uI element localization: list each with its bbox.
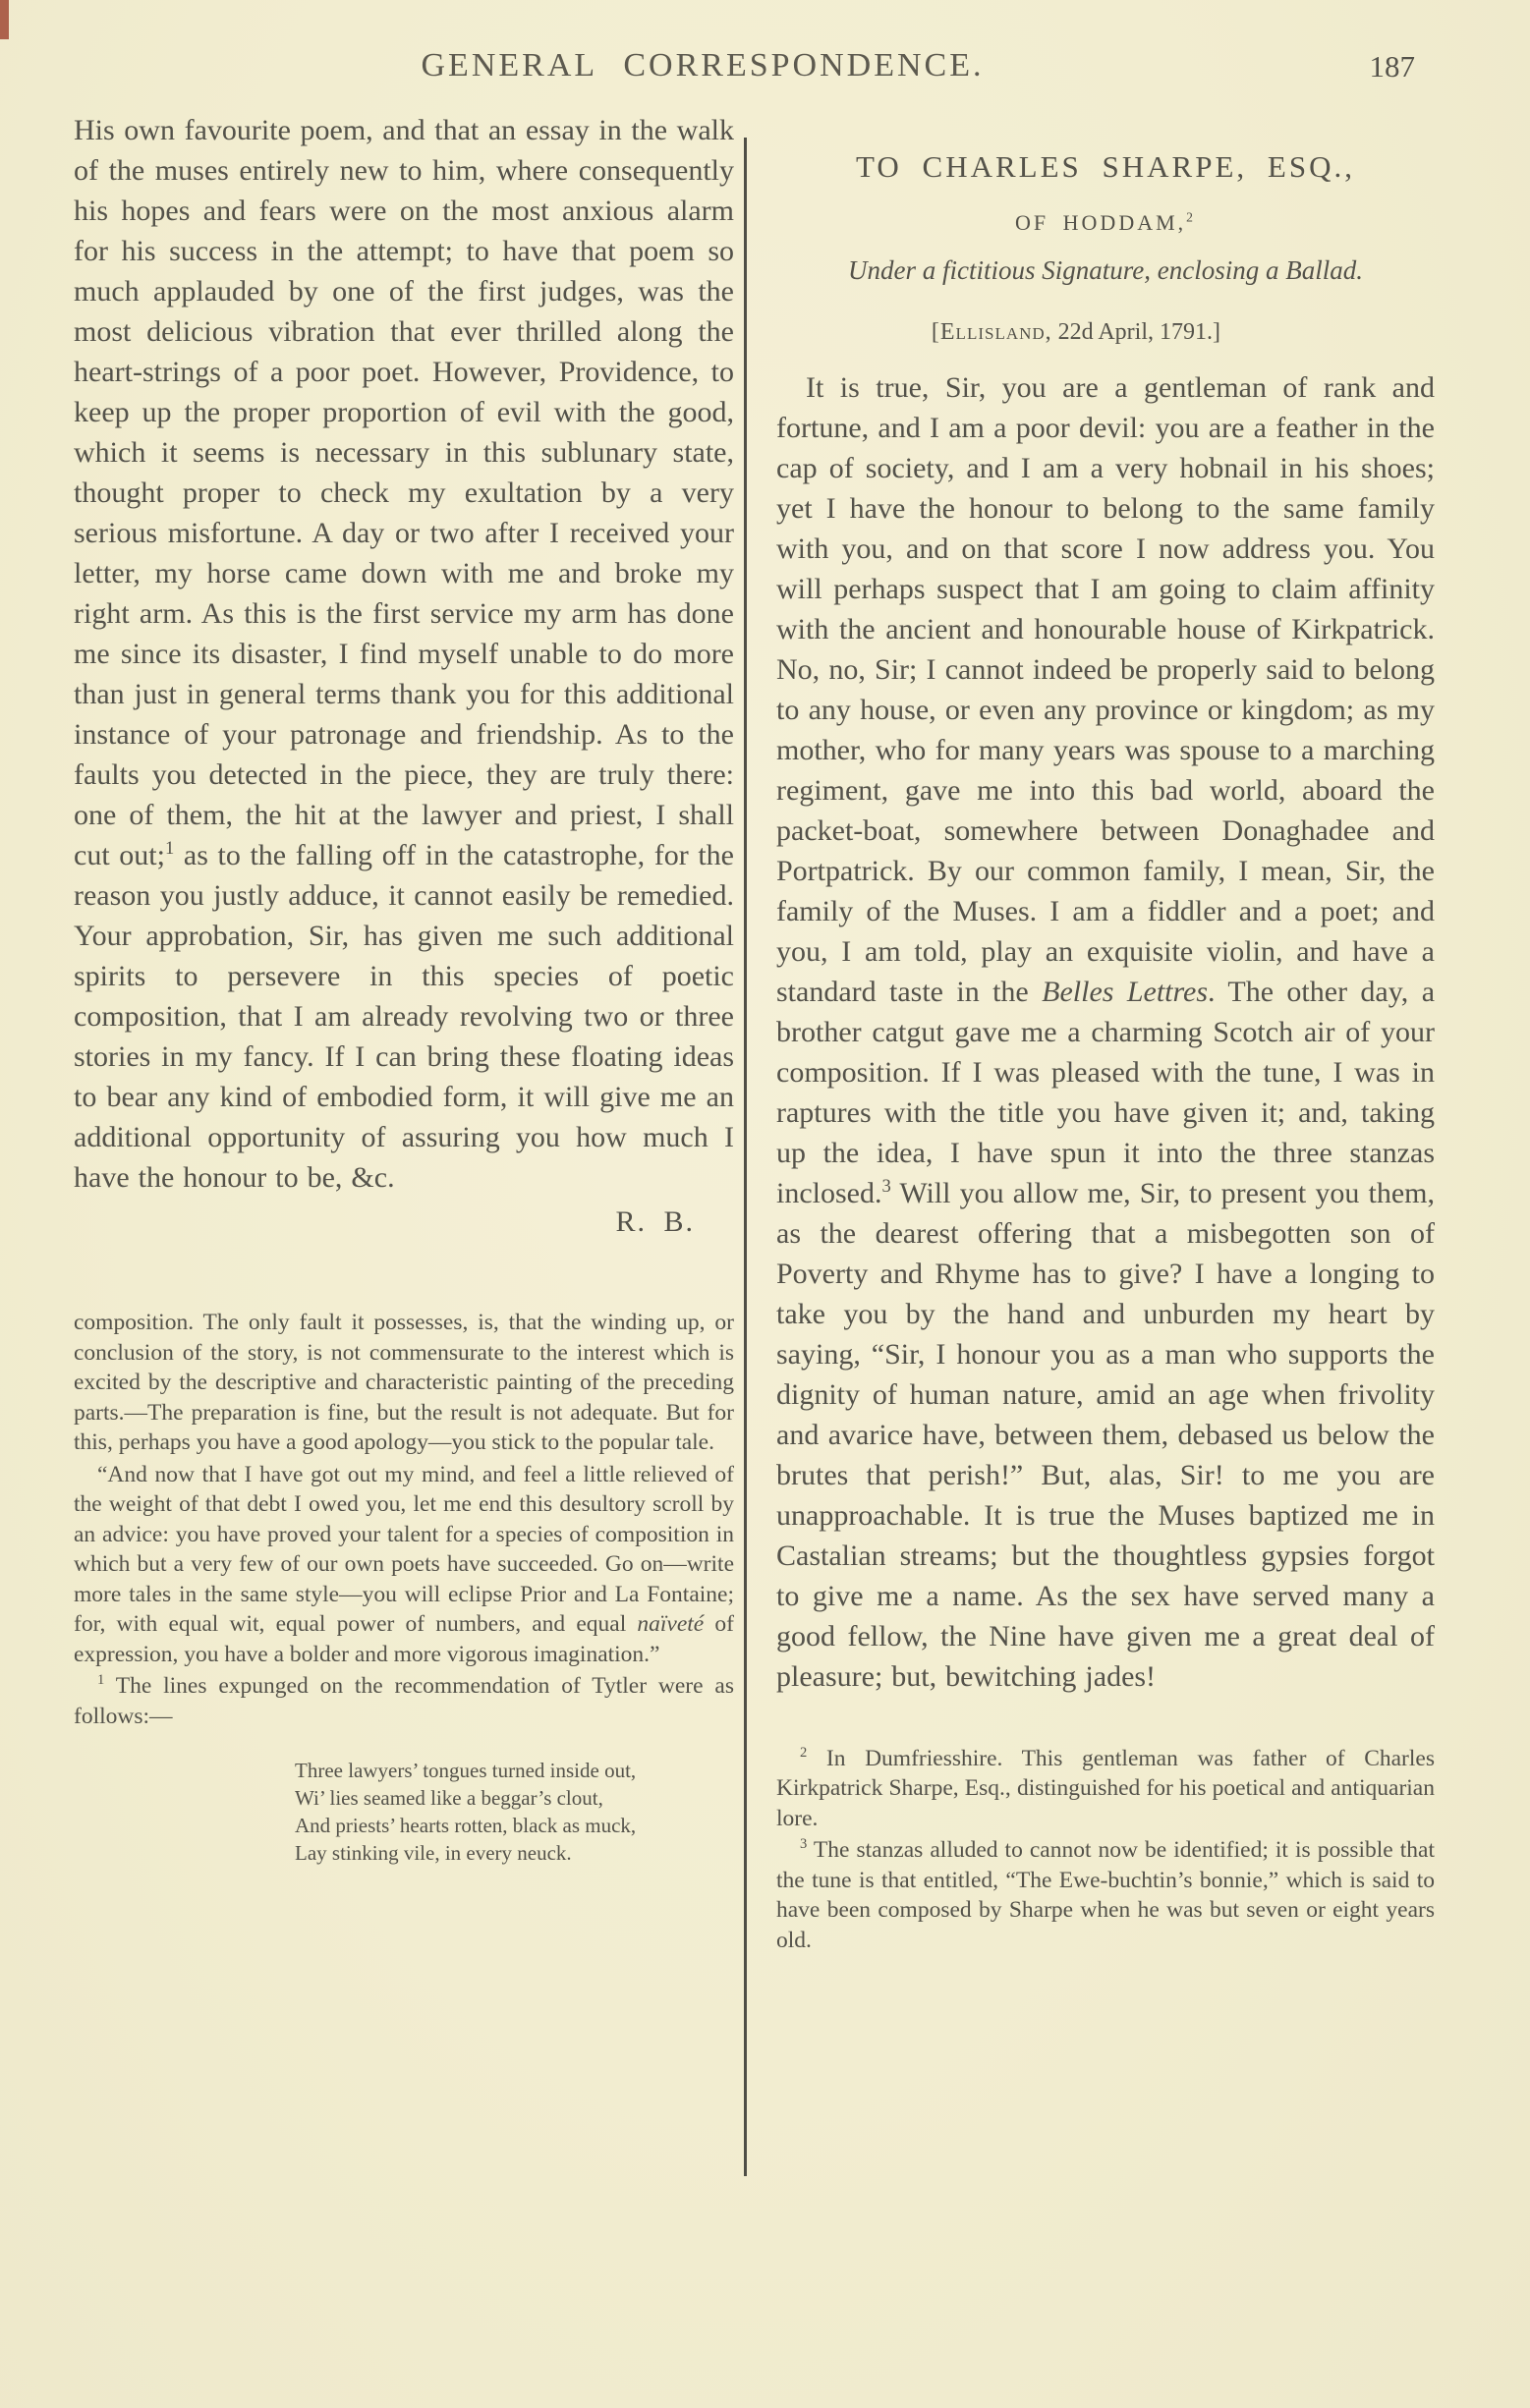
right-column: TO CHARLES SHARPE, ESQ., OF HODDAM,2 Und… (776, 110, 1435, 1955)
scan-edge-mark (0, 0, 9, 39)
footnote-continuation: composition. The only fault it possesses… (74, 1308, 734, 1458)
running-header-title: GENERAL CORRESPONDENCE. (0, 47, 1405, 84)
book-page: GENERAL CORRESPONDENCE. 187 His own favo… (0, 0, 1530, 2408)
letter-signature: R. B. (74, 1205, 734, 1239)
column-gap (734, 110, 776, 1955)
footnote-continuation: “And now that I have got out my mind, an… (74, 1460, 734, 1670)
right-footnote-block: 2 In Dumfriesshire. This gentleman was f… (776, 1744, 1435, 1956)
letter-body-paragraph: His own favourite poem, and that an essa… (74, 110, 734, 1198)
expunged-lines-verse: Three lawyers’ tongues turned inside out… (295, 1757, 734, 1867)
letter-subtitle: Under a fictitious Signature, enclosing … (776, 255, 1435, 286)
verse-line: And priests’ hearts rotten, black as muc… (295, 1812, 734, 1839)
footnote-2: 2 In Dumfriesshire. This gentleman was f… (776, 1744, 1435, 1834)
dateline-date: 22d April, 1791.] (1052, 319, 1220, 345)
verse-line: Wi’ lies seamed like a beggar’s clout, (295, 1784, 734, 1812)
footnote-1: 1 The lines expunged on the recommendati… (74, 1671, 734, 1731)
letter-subheading: OF HODDAM,2 (776, 210, 1435, 236)
verse-line: Lay stinking vile, in every neuck. (295, 1839, 734, 1867)
two-column-text-block: His own favourite poem, and that an essa… (74, 110, 1435, 1955)
letter-dateline: [Ellisland, 22d April, 1791.] (776, 319, 1435, 346)
dateline-place: [Ellisland, (932, 319, 1052, 345)
left-footnote-block: composition. The only fault it possesses… (74, 1308, 734, 1867)
left-column: His own favourite poem, and that an essa… (74, 110, 734, 1955)
footnote-3: 3 The stanzas alluded to cannot now be i… (776, 1835, 1435, 1955)
letter-heading: TO CHARLES SHARPE, ESQ., (776, 149, 1435, 185)
page-number: 187 (1370, 49, 1416, 84)
letter-body-paragraph: It is true, Sir, you are a gentleman of … (776, 367, 1435, 1697)
verse-line: Three lawyers’ tongues turned inside out… (295, 1757, 734, 1784)
